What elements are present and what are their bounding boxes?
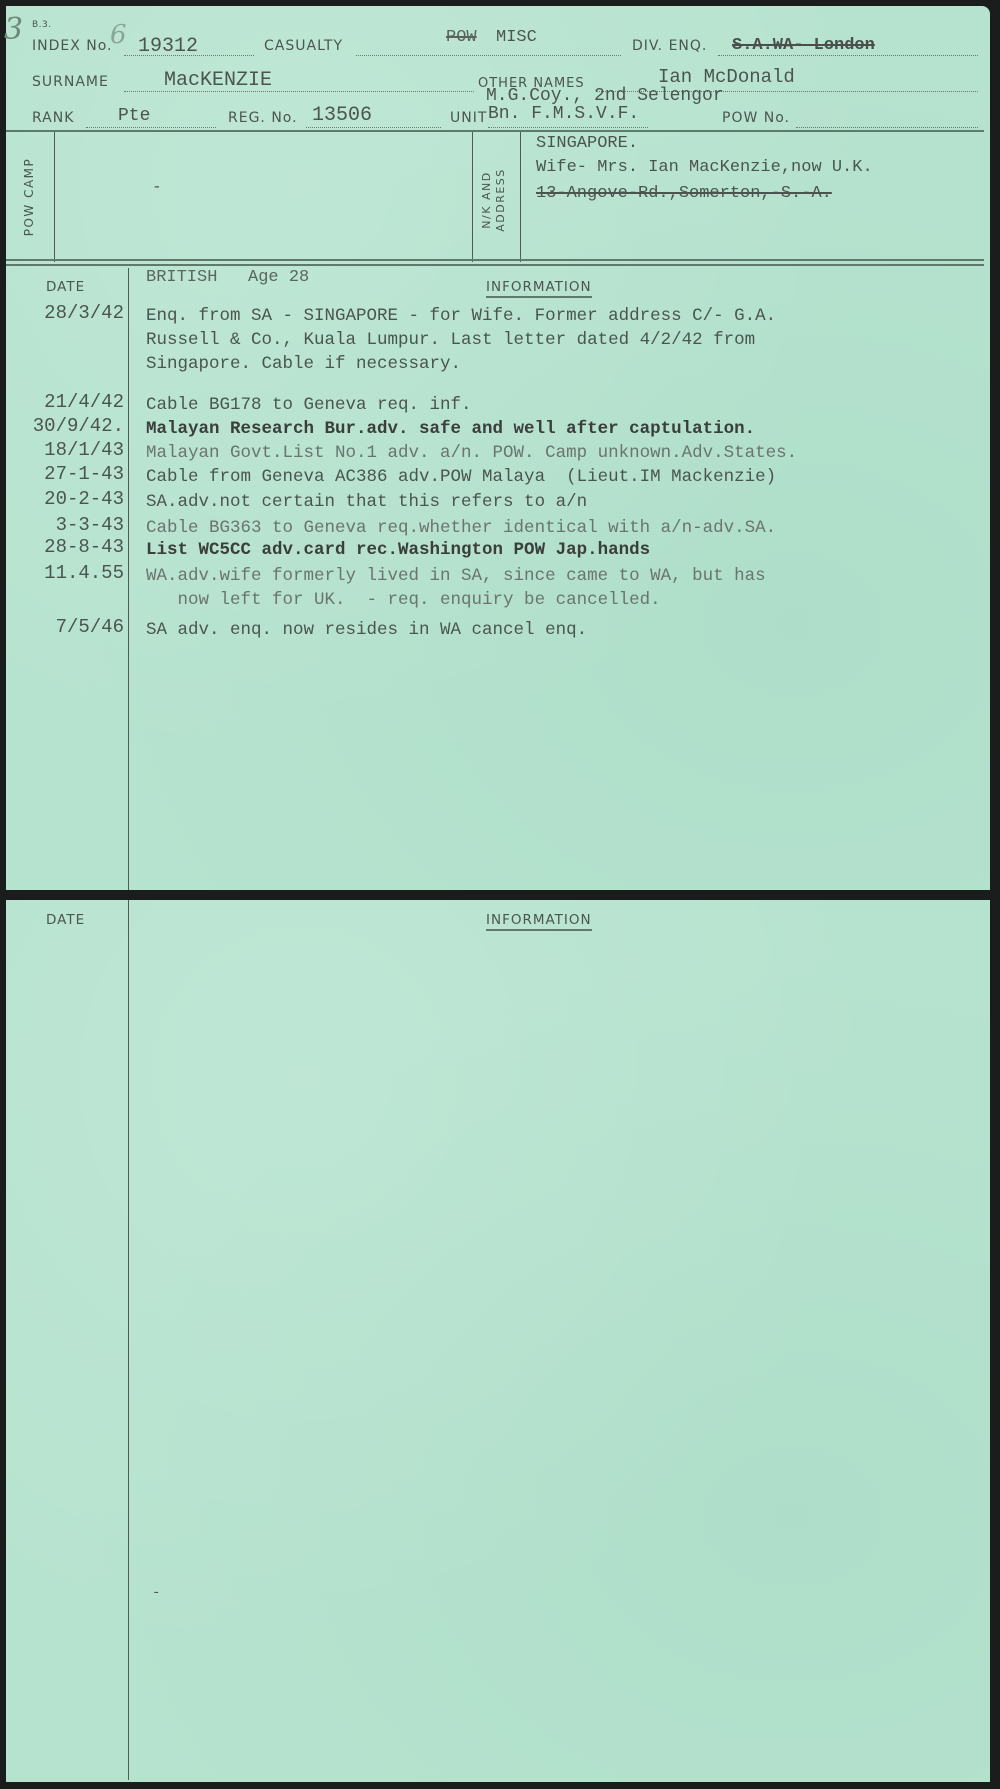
reverse-stray-mark: -	[152, 1585, 160, 1601]
date-header: DATE	[46, 279, 85, 295]
pow-camp-value: -	[152, 178, 162, 196]
entry-information: Cable BG178 to Geneva req. inf.	[146, 393, 472, 417]
other-names-value: Ian McDonald	[658, 66, 795, 88]
entry-information: WA.adv.wife formerly lived in SA, since …	[146, 564, 766, 612]
surname-value: MacKENZIE	[164, 69, 272, 92]
entry-date: 27-1-43	[6, 463, 124, 485]
reverse-info-header: INFORMATION	[486, 912, 592, 931]
index-card-reverse: DATE INFORMATION -	[6, 900, 990, 1782]
div-enq-value: S.A.WA- London	[732, 36, 875, 55]
casualty-label: CASUALTY	[264, 38, 343, 54]
pow-camp-label: POW CAMP	[22, 152, 36, 242]
casualty-value: MISC	[496, 28, 537, 47]
entry-date: 20-2-43	[6, 488, 124, 510]
entry-date: 18/1/43	[6, 439, 124, 461]
entry-date: 11.4.55	[6, 562, 124, 584]
header-divider	[6, 130, 984, 132]
entry-information: Cable from Geneva AC386 adv.POW Malaya (…	[146, 465, 776, 489]
casualty-struck-value: POW	[446, 28, 477, 47]
rank-label: RANK	[32, 110, 74, 126]
reverse-date-header: DATE	[46, 912, 85, 928]
entry-information: SA adv. enq. now resides in WA cancel en…	[146, 618, 587, 642]
entry-date: 3-3-43	[6, 514, 124, 536]
reg-no-value: 13506	[312, 104, 372, 127]
entry-information: List WC5CC adv.card rec.Washington POW J…	[146, 538, 650, 562]
surname-label: SURNAME	[32, 74, 109, 90]
entry-date: 7/5/46	[6, 616, 124, 638]
nationality-age-note: BRITISH Age 28	[146, 268, 309, 287]
nk-line-3-struck: 13-Angove-Rd.,Somerton,-S.-A.	[536, 184, 832, 203]
entry-date: 30/9/42.	[6, 415, 124, 437]
entry-information: Malayan Govt.List No.1 adv. a/n. POW. Ca…	[146, 441, 797, 465]
margin-mark-3: 3	[4, 12, 23, 47]
div-enq-label: DIV. ENQ.	[632, 38, 707, 54]
entry-information: SA.adv.not certain that this refers to a…	[146, 490, 587, 514]
entry-date: 28/3/42	[6, 302, 124, 324]
unit-value-line1: M.G.Coy., 2nd Selengor	[486, 86, 724, 106]
unit-value-line2: Bn. F.M.S.V.F.	[488, 104, 639, 124]
pow-no-label: POW No.	[722, 110, 790, 126]
entry-date: 21/4/42	[6, 391, 124, 413]
entry-date: 28-8-43	[6, 536, 124, 558]
entry-information: Malayan Research Bur.adv. safe and well …	[146, 417, 755, 441]
unit-label: UNIT	[450, 110, 487, 126]
index-no-value: 19312	[138, 35, 198, 58]
index-no-label: INDEX No.	[32, 38, 113, 54]
info-header: INFORMATION	[486, 279, 592, 298]
entry-information: Cable BG363 to Geneva req.whether identi…	[146, 516, 776, 540]
index-card-front: 3 6 B.3. INDEX No. 19312 CASUALTY POW MI…	[6, 6, 990, 890]
nk-line-1: SINGAPORE.	[536, 134, 638, 153]
entry-information: Enq. from SA - SINGAPORE - for Wife. For…	[146, 304, 776, 376]
rank-value: Pte	[118, 106, 150, 126]
form-code: B.3.	[32, 20, 52, 30]
nk-line-2: Wife- Mrs. Ian MacKenzie,now U.K.	[536, 158, 873, 177]
nk-label: N/K AND ADDRESS	[480, 140, 512, 260]
reg-no-label: REG. No.	[228, 110, 298, 126]
